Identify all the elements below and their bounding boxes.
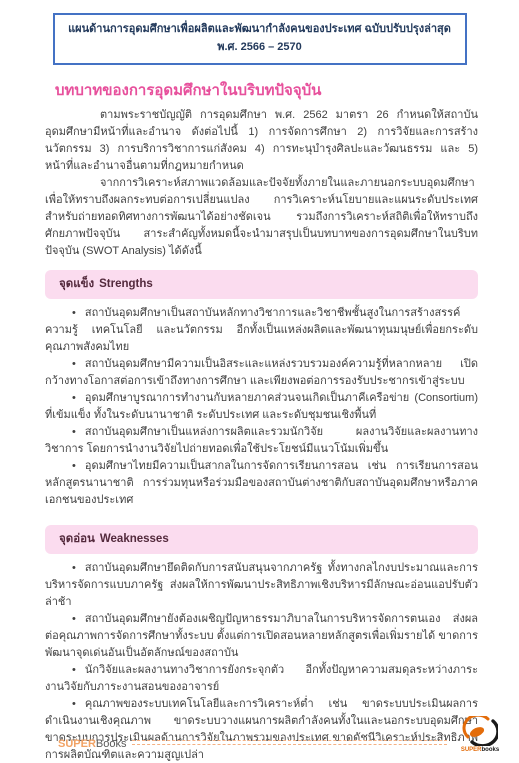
weakness-item: สถาบันอุดมศึกษายังต้องเผชิญปัญหาธรรมาภิบ… (45, 611, 478, 662)
weakness-item: สถาบันอุดมศึกษายึดติดกับการสนับสนุนจากภา… (45, 560, 478, 611)
weaknesses-title-th: จุดอ่อน (59, 533, 95, 545)
strength-item: สถาบันอุดมศึกษาเป็นสถาบันหลักทางวิชาการแ… (45, 305, 478, 356)
footer-brand: SUPERBooks (58, 738, 126, 750)
strengths-section-header: จุดแข็งStrengths (45, 270, 478, 299)
logo-text-super: SUPER (461, 747, 482, 753)
paragraph-act: ตามพระราชบัญญัติ การอุดมศึกษา พ.ศ. 2562 … (45, 107, 478, 175)
weaknesses-title-en: Weaknesses (100, 533, 169, 545)
superbooks-logo-text: SUPERbooks (453, 747, 507, 753)
footer-brand-books: Books (96, 738, 127, 750)
page-footer: SUPERBooks SUPERbooks (58, 716, 507, 753)
document-title-line2: พ.ศ. 2566 – 2570 (57, 38, 463, 56)
document-title-box: แผนด้านการอุดมศึกษาเพื่อผลิตและพัฒนากำลั… (53, 13, 467, 65)
weakness-item: นักวิจัยและผลงานทางวิชาการยังกระจุกตัว อ… (45, 662, 478, 696)
strengths-title-en: Strengths (99, 278, 153, 290)
paragraph-swot-intro: จากการวิเคราะห์สภาพแวดล้อมและปัจจัยทั้งภ… (45, 175, 478, 260)
document-title-line1: แผนด้านการอุดมศึกษาเพื่อผลิตและพัฒนากำลั… (57, 20, 463, 38)
footer-brand-super: SUPER (58, 738, 96, 750)
strengths-title-th: จุดแข็ง (59, 278, 94, 290)
logo-text-books: books (482, 747, 500, 753)
weaknesses-section-header: จุดอ่อนWeaknesses (45, 525, 478, 554)
strength-item: สถาบันอุดมศึกษาเป็นแหล่งการผลิตและรวมนัก… (45, 424, 478, 458)
strength-item: อุดมศึกษาไทยมีความเป็นสากลในการจัดการเรี… (45, 458, 478, 509)
page-heading: บทบาทของการอุดมศึกษาในบริบทปัจจุบัน (55, 78, 478, 102)
strength-item: สถาบันอุดมศึกษามีความเป็นอิสระและแหล่งรว… (45, 356, 478, 390)
document-body: บทบาทของการอุดมศึกษาในบริบทปัจจุบัน ตามพ… (0, 78, 519, 763)
superbooks-logo-icon (462, 716, 498, 746)
document-page: แผนด้านการอุดมศึกษาเพื่อผลิตและพัฒนากำลั… (0, 0, 519, 763)
superbooks-logo: SUPERbooks (453, 716, 507, 753)
footer-dashed-divider (132, 740, 447, 745)
strength-item: อุดมศึกษาบูรณาการทำงานกับหลายภาคส่วนจนเก… (45, 390, 478, 424)
